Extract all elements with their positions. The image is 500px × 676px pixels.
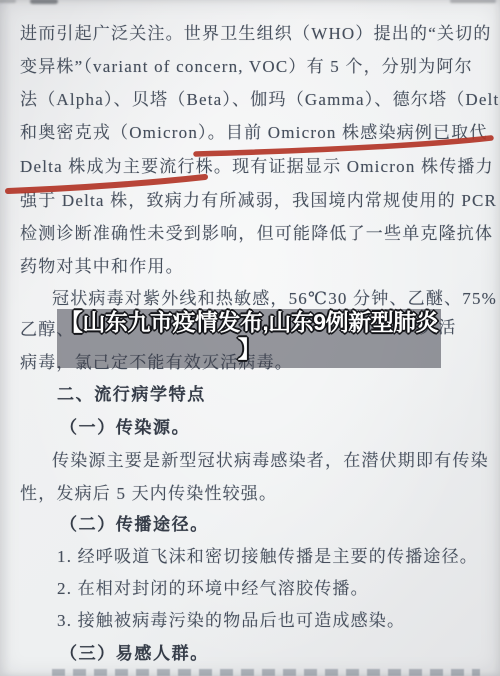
document-line: 进而引起广泛关注。世界卫生组织（WHO）提出的“关切的 [20, 23, 492, 45]
caption-text-line2: 】 [238, 336, 261, 363]
document-line: 和奥密克戎（Omicron）。目前 Omicron 株感染病例已取代 [20, 122, 488, 144]
document-line: （一）传染源。 [60, 417, 190, 439]
scan-edge-smudge [450, 0, 496, 3]
document-line: （二）传播途径。 [60, 514, 209, 536]
scan-edge-smudge [0, 0, 16, 3]
caption-text-line1: 【山东九市疫情发布,山东9例新型肺炎 [60, 309, 438, 336]
document-line: （三）易感人群。 [60, 643, 209, 665]
red-underline [8, 177, 205, 191]
document-line: 二、流行病学特点 [57, 384, 206, 406]
document-line: 法（Alpha）、贝塔（Beta）、伽玛（Gamma）、德尔塔（Delta） [20, 89, 500, 111]
scan-edge-smudge [30, 0, 58, 4]
document-line: 药物对其中和作用。 [20, 256, 184, 278]
document-line: 性，发病后 5 天内传染性较强。 [20, 483, 277, 505]
document-line: 3. 接触被病毒污染的物品后也可造成感染。 [57, 610, 405, 632]
document-line: 冠状病毒对紫外线和热敏感，56℃30 分钟、乙醚、75% [52, 288, 497, 310]
document-line: 强于 Delta 株，致病力有所减弱，我国境内常规使用的 PCR [20, 190, 497, 212]
document-photo-page: 进而引起广泛关注。世界卫生组织（WHO）提出的“关切的变异株”（variant … [0, 0, 500, 676]
video-caption-overlay: 【山东九市疫情发布,山东9例新型肺炎 】 [57, 309, 441, 368]
document-line: 变异株”（variant of concern, VOC）有 5 个，分别为阿尔 [20, 56, 473, 78]
document-line: 检测诊断准确性未受到影响，但可能降低了一些单克隆抗体 [20, 223, 493, 245]
document-line: 1. 经呼吸道飞沫和密切接触传播是主要的传播途径。 [57, 546, 478, 568]
document-line: 2. 在相对封闭的环境中经气溶胶传播。 [57, 578, 369, 600]
document-line: 传染源主要是新型冠状病毒感染者，在潜伏期即有传染 [52, 450, 489, 472]
document-line: Delta 株成为主要流行株。现有证据显示 Omicron 株传播力 [20, 156, 494, 178]
cut-off-text-line [52, 669, 480, 676]
